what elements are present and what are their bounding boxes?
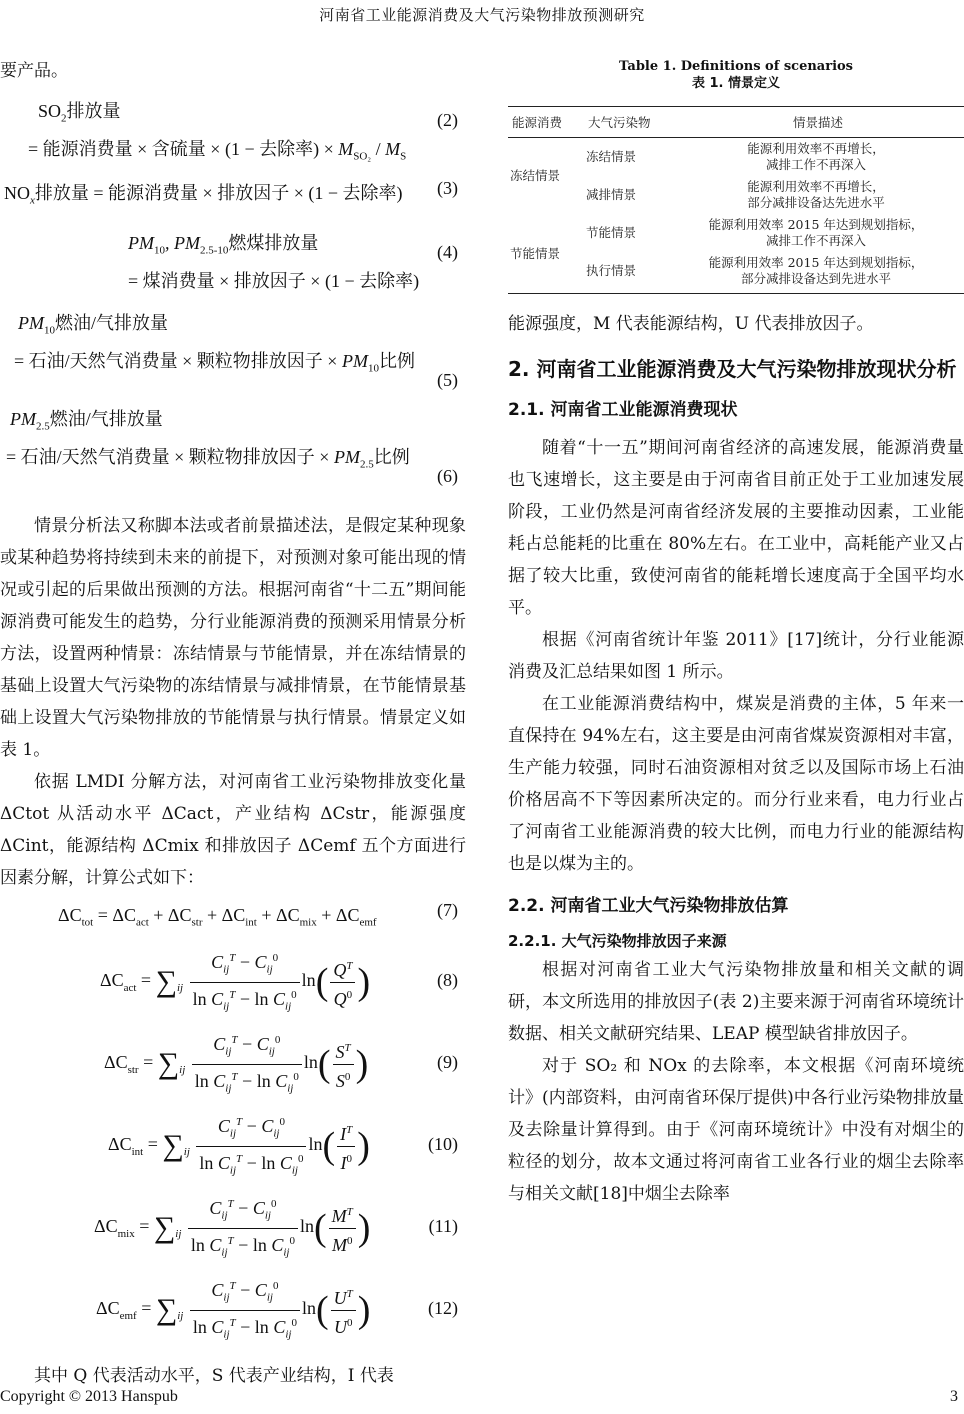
table-header: 能源消费 [508,107,584,138]
equation-number: (4) [437,242,458,263]
table-cell-energy: 冻结情景 [508,138,584,215]
equation-number: (6) [437,466,458,487]
table-caption-en: Table 1. Definitions of scenarios [508,58,964,75]
paragraph-scenario-method: 情景分析法又称脚本法或者前景描述法，是假定某种现象或某种趋势将持续到未来的前提下… [0,510,466,766]
table-header: 大气污染物 [584,107,668,138]
equation-number: (3) [437,178,458,199]
equation-number: (7) [437,900,458,921]
equation-12: ΔCemf = ∑ij CijT − Cij0ln CijT − ln Cij0… [0,1274,466,1356]
table-cell-desc: 能源利用效率 2015 年达到规划指标，减排工作不再深入 [668,214,964,252]
section-heading-2-1: 2.1. 河南省工业能源消费现状 [508,396,964,424]
equation-number: (10) [428,1134,458,1155]
paragraph-continued: 能源强度，M 代表能源结构，U 代表排放因子。 [508,308,964,340]
equation-number: (9) [437,1052,458,1073]
equation-number: (5) [437,370,458,391]
equation-11: ΔCmix = ∑ij CijT − Cij0ln CijT − ln Cij0… [0,1192,466,1274]
paragraph-2-1-b: 根据《河南省统计年鉴 2011》[17]统计，分行业能源消费及汇总结果如图 1 … [508,624,964,688]
equation-4: PM10, PM2.5-10燃煤排放量 = 煤消费量 × 排放因子 × (1 −… [0,228,466,298]
equation-number: (2) [437,110,458,131]
paragraph-2-1-a: 随着“十一五”期间河南省经济的高速发展，能源消费量也飞速增长，这主要是由于河南省… [508,432,964,624]
equation-8: ΔCact = ∑ij CijT − Cij0ln CijT − ln Cij0… [0,946,466,1028]
paragraph-2-2-1-b: 对于 SO₂ 和 NOx 的去除率，本文根据《河南环境统计》(内部资料，由河南省… [508,1050,964,1210]
table-caption: Table 1. Definitions of scenarios 表 1. 情… [508,58,964,92]
table-cell-energy: 节能情景 [508,214,584,294]
equation-3: NOx排放量 = 能源消费量 × 排放因子 × (1 − 去除率) (3) [0,178,466,222]
table-header: 情景描述 [668,107,964,138]
table-cell-pollutant: 冻结情景 [584,138,668,177]
running-head: 河南省工业能源消费及大气污染物排放预测研究 [0,4,964,25]
equation-number: (8) [437,970,458,991]
section-heading-2-2-1: 2.2.1. 大气污染物排放因子来源 [508,928,964,954]
table-caption-zh: 表 1. 情景定义 [508,75,964,92]
table-row: 节能情景 节能情景 能源利用效率 2015 年达到规划指标，减排工作不再深入 [508,214,964,252]
equation-9: ΔCstr = ∑ij CijT − Cij0ln CijT − ln Cij0… [0,1028,466,1110]
right-column: Table 1. Definitions of scenarios 表 1. 情… [508,52,964,1210]
lead-text: 要产品。 [0,52,466,90]
section-heading-2: 2. 河南省工业能源消费及大气污染物排放现状分析 [508,354,964,384]
equation-10: ΔCint = ∑ij CijT − Cij0ln CijT − ln Cij0… [0,1110,466,1192]
equation-number: (11) [429,1216,458,1237]
table-cell-pollutant: 减排情景 [584,176,668,214]
equation-5: PM10燃油/气排放量 = 石油/天然气消费量 × 颗粒物排放因子 × PM10… [0,308,466,404]
equation-2: SO2排放量 = 能源消费量 × 含硫量 × (1 − 去除率) × MSO₂ … [0,96,466,174]
scenario-table: 能源消费 大气污染物 情景描述 冻结情景 冻结情景 能源利用效率不再增长，减排工… [508,106,964,294]
paragraph-lmdi: 依据 LMDI 分解方法，对河南省工业污染物排放变化量 ΔCtot 从活动水平 … [0,766,466,894]
table-cell-pollutant: 执行情景 [584,252,668,294]
paragraph-2-1-c: 在工业能源消费结构中，煤炭是消费的主体，5 年来一直保持在 94%左右，这主要是… [508,688,964,880]
copyright: Copyright © 2013 Hanspub [0,1388,178,1406]
equation-6: PM2.5燃油/气排放量 = 石油/天然气消费量 × 颗粒物排放因子 × PM2… [0,404,466,500]
table-row: 冻结情景 冻结情景 能源利用效率不再增长，减排工作不再深入 [508,138,964,177]
table-cell-desc: 能源利用效率不再增长，减排工作不再深入 [668,138,964,177]
section-heading-2-2: 2.2. 河南省工业大气污染物排放估算 [508,892,964,920]
page-number: 3 [950,1388,958,1406]
paragraph-2-2-1-a: 根据对河南省工业大气污染物排放量和相关文献的调研，本文所选用的排放因子(表 2)… [508,954,964,1050]
left-column: 要产品。 SO2排放量 = 能源消费量 × 含硫量 × (1 − 去除率) × … [0,52,466,1392]
table-cell-desc: 能源利用效率不再增长，部分减排设备达先进水平 [668,176,964,214]
equation-number: (12) [428,1298,458,1319]
table-cell-pollutant: 节能情景 [584,214,668,252]
table-cell-desc: 能源利用效率 2015 年达到规划指标，部分减排设备达到先进水平 [668,252,964,294]
equation-7: ΔCtot = ΔCact + ΔCstr + ΔCint + ΔCmix + … [0,900,466,946]
